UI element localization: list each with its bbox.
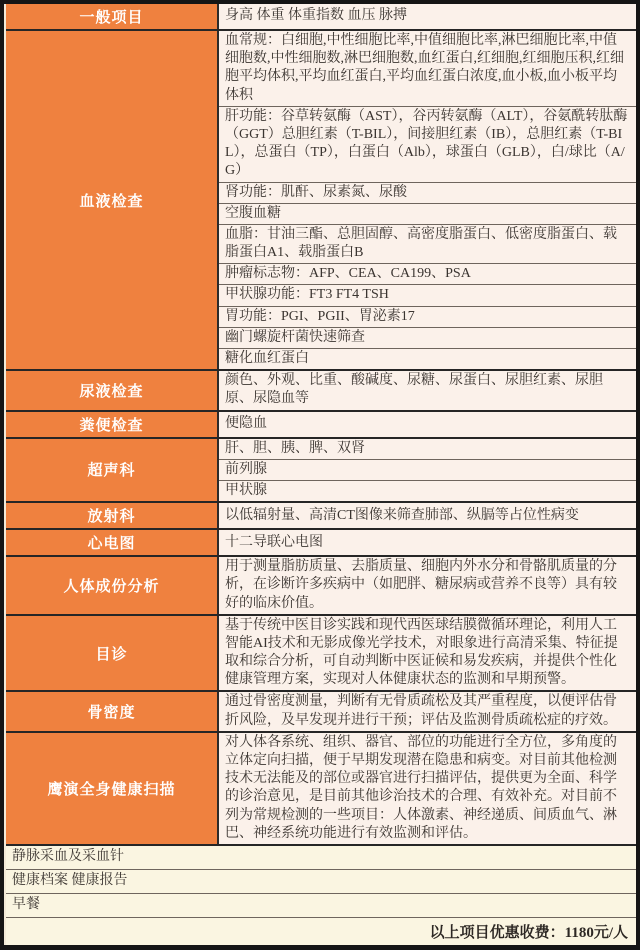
- table-row: 放射科 以低辐射量、高清CT图像来筛查肺部、纵膈等占位性病变: [6, 502, 636, 529]
- item-cell: 甲状腺: [218, 480, 636, 502]
- category-cell-body-composition: 人体成份分析: [6, 556, 218, 615]
- table-row: 健康档案 健康报告: [6, 869, 636, 893]
- table-row: 心电图 十二导联心电图: [6, 529, 636, 556]
- item-cell: 身高 体重 体重指数 血压 脉搏: [218, 4, 636, 30]
- category-cell-urine: 尿液检查: [6, 370, 218, 410]
- table-row: 粪便检查 便隐血: [6, 411, 636, 438]
- item-cell: 空腹血糖: [218, 203, 636, 224]
- extra-row-breakfast: 早餐: [6, 893, 636, 917]
- item-cell: 甲状腺功能：FT3 FT4 TSH: [218, 285, 636, 306]
- item-cell: 血常规：白细胞,中性细胞比率,中值细胞比率,淋巴细胞比率,中值细胞数,中性细胞数…: [218, 30, 636, 106]
- category-cell-blood: 血液检查: [6, 30, 218, 370]
- item-cell: 前列腺: [218, 459, 636, 480]
- item-cell: 肾功能：肌酐、尿素氮、尿酸: [218, 182, 636, 203]
- item-cell: 颜色、外观、比重、酸碱度、尿糖、尿蛋白、尿胆红素、尿胆原、尿隐血等: [218, 370, 636, 410]
- category-cell-stool: 粪便检查: [6, 411, 218, 438]
- table-row: 骨密度 通过骨密度测量，判断有无骨质疏松及其严重程度，以便评估骨折风险，及早发现…: [6, 691, 636, 731]
- item-cell: 基于传统中医目诊实践和现代西医球结膜微循环理论，利用人工智能AI技术和无影成像光…: [218, 615, 636, 692]
- table-row: 鹰演全身健康扫描 对人体各系统、组织、器官、部位的功能进行全方位，多角度的立体定…: [6, 732, 636, 845]
- table-row: 人体成份分析 用于测量脂肪质量、去脂质量、细胞内外水分和骨骼肌质量的分析，在诊断…: [6, 556, 636, 615]
- item-cell: 胃功能：PGI、PGII、胃泌素17: [218, 306, 636, 327]
- category-cell-full-body-scan: 鹰演全身健康扫描: [6, 732, 218, 845]
- item-cell: 幽门螺旋杆菌快速筛查: [218, 327, 636, 348]
- category-cell-general: 一般项目: [6, 4, 218, 30]
- table-row: 血液检查 血常规：白细胞,中性细胞比率,中值细胞比率,淋巴细胞比率,中值细胞数,…: [6, 30, 636, 106]
- table-row: 静脉采血及采血针: [6, 845, 636, 869]
- item-cell: 肿瘤标志物：AFP、CEA、CA199、PSA: [218, 264, 636, 285]
- table-row: 超声科 肝、胆、胰、脾、双肾: [6, 438, 636, 460]
- item-cell: 血脂：甘油三酯、总胆固醇、高密度脂蛋白、低密度脂蛋白、载脂蛋白A1、载脂蛋白B: [218, 224, 636, 263]
- extra-row-blood-draw: 静脉采血及采血针: [6, 845, 636, 869]
- package-items-table: 一般项目 身高 体重 体重指数 血压 脉搏 血液检查 血常规：白细胞,中性细胞比…: [6, 4, 636, 945]
- item-cell: 对人体各系统、组织、器官、部位的功能进行全方位，多角度的立体定向扫描，便于早期发…: [218, 732, 636, 845]
- item-cell: 以低辐射量、高清CT图像来筛查肺部、纵膈等占位性病变: [218, 502, 636, 529]
- item-cell: 肝、胆、胰、脾、双肾: [218, 438, 636, 460]
- item-cell: 便隐血: [218, 411, 636, 438]
- table-row: 尿液检查 颜色、外观、比重、酸碱度、尿糖、尿蛋白、尿胆红素、尿胆原、尿隐血等: [6, 370, 636, 410]
- category-cell-bone-density: 骨密度: [6, 691, 218, 731]
- item-cell: 通过骨密度测量，判断有无骨质疏松及其严重程度，以便评估骨折风险，及早发现并进行干…: [218, 691, 636, 731]
- category-cell-eye-diagnosis: 目诊: [6, 615, 218, 692]
- item-cell: 糖化血红蛋白: [218, 349, 636, 371]
- category-cell-radiology: 放射科: [6, 502, 218, 529]
- category-cell-ultrasound: 超声科: [6, 438, 218, 503]
- item-cell: 用于测量脂肪质量、去脂质量、细胞内外水分和骨骼肌质量的分析，在诊断许多疾病中（如…: [218, 556, 636, 615]
- health-checkup-price-table: 一般项目 身高 体重 体重指数 血压 脉搏 血液检查 血常规：白细胞,中性细胞比…: [0, 0, 640, 950]
- category-cell-ecg: 心电图: [6, 529, 218, 556]
- extra-row-health-record: 健康档案 健康报告: [6, 869, 636, 893]
- table-row: 一般项目 身高 体重 体重指数 血压 脉搏: [6, 4, 636, 30]
- item-cell: 十二导联心电图: [218, 529, 636, 556]
- item-cell: 肝功能：谷草转氨酶（AST），谷丙转氨酶（ALT），谷氨酰转肽酶（GGT）总胆红…: [218, 106, 636, 182]
- table-row: 目诊 基于传统中医目诊实践和现代西医球结膜微循环理论，利用人工智能AI技术和无影…: [6, 615, 636, 692]
- package-price-total: 以上项目优惠收费：1180元/人: [6, 917, 636, 945]
- table-row: 早餐: [6, 893, 636, 917]
- table-row: 以上项目优惠收费：1180元/人: [6, 917, 636, 945]
